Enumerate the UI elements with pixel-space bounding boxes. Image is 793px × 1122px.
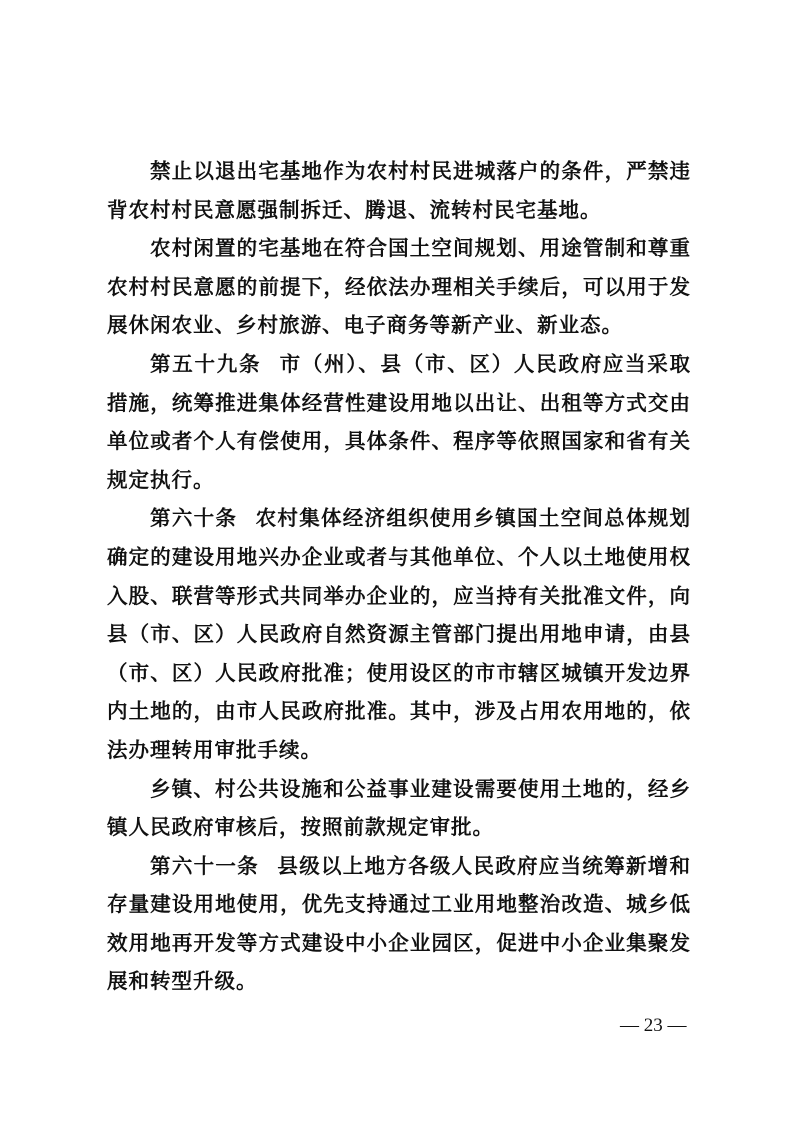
paragraph-public-facilities: 乡镇、村公共设施和公益事业建设需要使用土地的，经乡镇人民政府审核后，按照前款规定…	[107, 770, 691, 847]
paragraph-idle-homestead-use: 农村闲置的宅基地在符合国土空间规划、用途管制和尊重农村村民意愿的前提下，经依法办…	[107, 229, 691, 345]
article-number: 第六十一条	[150, 854, 259, 878]
article-number: 第六十条	[150, 506, 237, 530]
paragraph-text: 农村闲置的宅基地在符合国土空间规划、用途管制和尊重农村村民意愿的前提下，经依法办…	[107, 236, 691, 337]
paragraph-text: 乡镇、村公共设施和公益事业建设需要使用土地的，经乡镇人民政府审核后，按照前款规定…	[107, 777, 691, 840]
document-page: 禁止以退出宅基地作为农村村民进城落户的条件，严禁违背农村村民意愿强制拆迁、腾退、…	[0, 0, 793, 1122]
paragraph-text: 禁止以退出宅基地作为农村村民进城落户的条件，严禁违背农村村民意愿强制拆迁、腾退、…	[107, 159, 691, 222]
paragraph-homestead-prohibition: 禁止以退出宅基地作为农村村民进城落户的条件，严禁违背农村村民意愿强制拆迁、腾退、…	[107, 152, 691, 229]
article-60: 第六十条农村集体经济组织使用乡镇国土空间总体规划确定的建设用地兴办企业或者与其他…	[107, 499, 691, 769]
page-number: — 23 —	[620, 1015, 687, 1037]
article-number: 第五十九条	[150, 352, 261, 376]
article-59: 第五十九条市（州）、县（市、区）人民政府应当采取措施，统筹推进集体经营性建设用地…	[107, 345, 691, 499]
article-61: 第六十一条县级以上地方各级人民政府应当统筹新增和存量建设用地使用，优先支持通过工…	[107, 847, 691, 1001]
document-body: 禁止以退出宅基地作为农村村民进城落户的条件，严禁违背农村村民意愿强制拆迁、腾退、…	[107, 152, 691, 1001]
paragraph-text: 农村集体经济组织使用乡镇国土空间总体规划确定的建设用地兴办企业或者与其他单位、个…	[107, 506, 691, 762]
